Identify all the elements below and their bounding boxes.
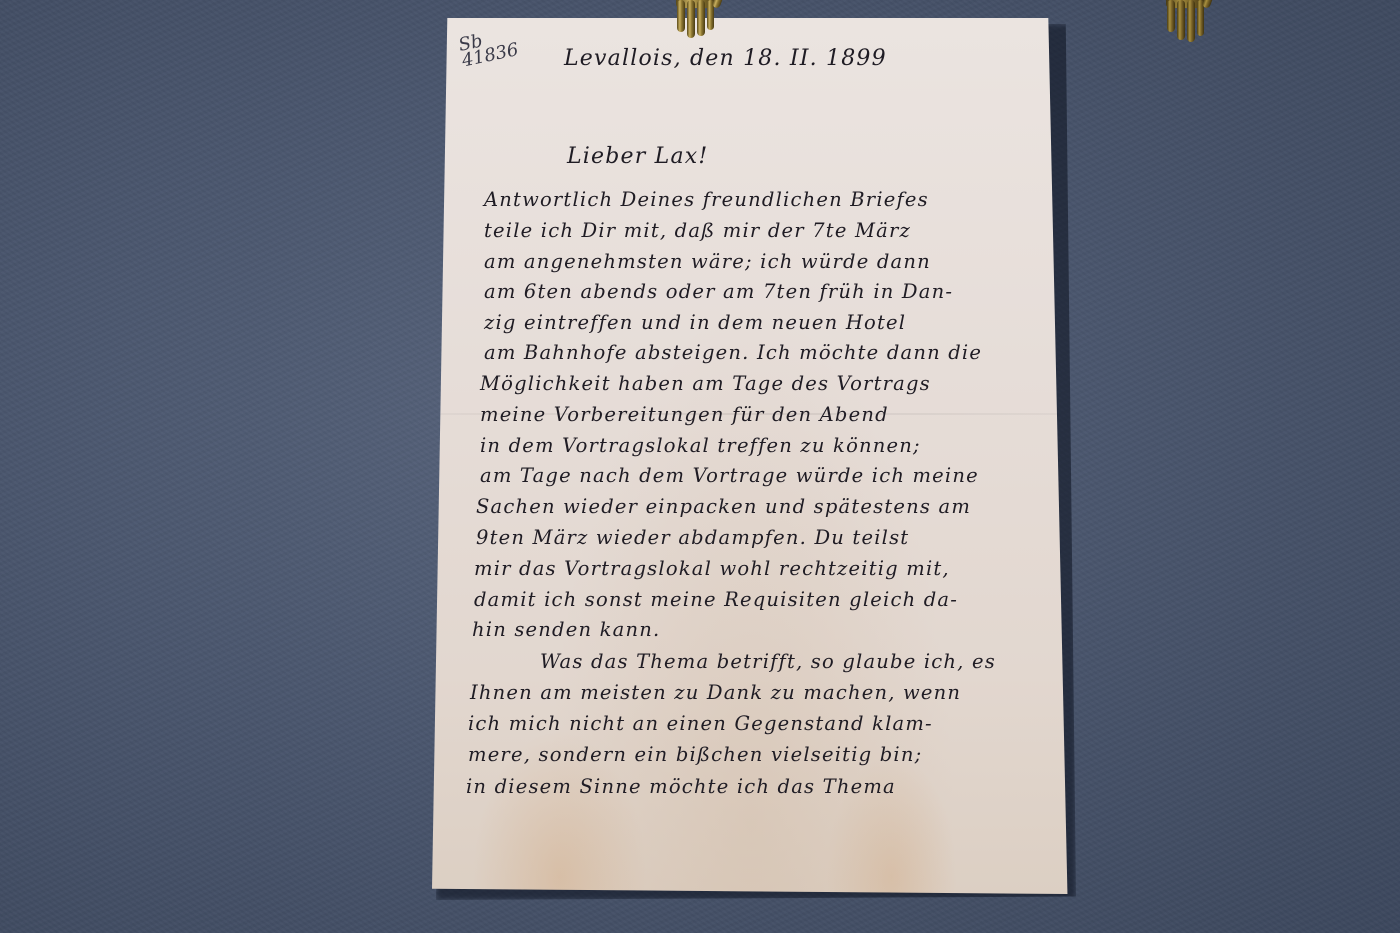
letter-line: Antwortlich Deines freundlichen Briefes — [484, 188, 929, 211]
letter-line: damit ich sonst meine Requisiten gleich … — [474, 588, 958, 611]
letter-line: in dem Vortragslokal treffen zu können; — [480, 434, 921, 457]
brass-hand-clip-icon — [668, 0, 728, 42]
letter-line: hin senden kann. — [472, 618, 660, 641]
letter-dateline: Levallois, den 18. II. 1899 — [564, 46, 887, 71]
letter-line: Ihnen am meisten zu Dank zu machen, wenn — [470, 681, 961, 704]
letter-line: zig eintreffen und in dem neuen Hotel — [484, 311, 906, 334]
letter-line: Was das Thema betrifft, so glaube ich, e… — [540, 650, 996, 673]
letter-line: am Tage nach dem Vortrage würde ich mein… — [480, 464, 979, 487]
brass-hand-clip-icon — [1158, 0, 1218, 42]
letter-line: am angenehmsten wäre; ich würde dann — [484, 250, 931, 273]
letter-line: ich mich nicht an einen Gegenstand klam- — [468, 712, 933, 735]
letter-line: meine Vorbereitungen für den Abend — [480, 403, 889, 426]
letter-line: am Bahnhofe absteigen. Ich möchte dann d… — [484, 341, 982, 364]
letter-line: am 6ten abends oder am 7ten früh in Dan- — [484, 280, 953, 303]
letter-salutation: Lieber Lax! — [567, 144, 708, 169]
letter-line: Sachen wieder einpacken und spätestens a… — [476, 495, 971, 518]
letter-line: Möglichkeit haben am Tage des Vortrags — [480, 372, 931, 395]
letter-sheet: Sb 41836 Levallois, den 18. II. 1899 Lie… — [432, 18, 1070, 894]
letter-line: 9ten März wieder abdampfen. Du teilst — [476, 526, 909, 549]
archive-number: Sb 41836 — [457, 26, 520, 69]
letter-line: teile ich Dir mit, daß mir der 7te März — [484, 219, 911, 242]
letter-line: in diesem Sinne möchte ich das Thema — [466, 775, 896, 798]
letter-line: mere, sondern ein bißchen vielseitig bin… — [468, 743, 922, 766]
letter-line: mir das Vortragslokal wohl rechtzeitig m… — [474, 557, 950, 580]
